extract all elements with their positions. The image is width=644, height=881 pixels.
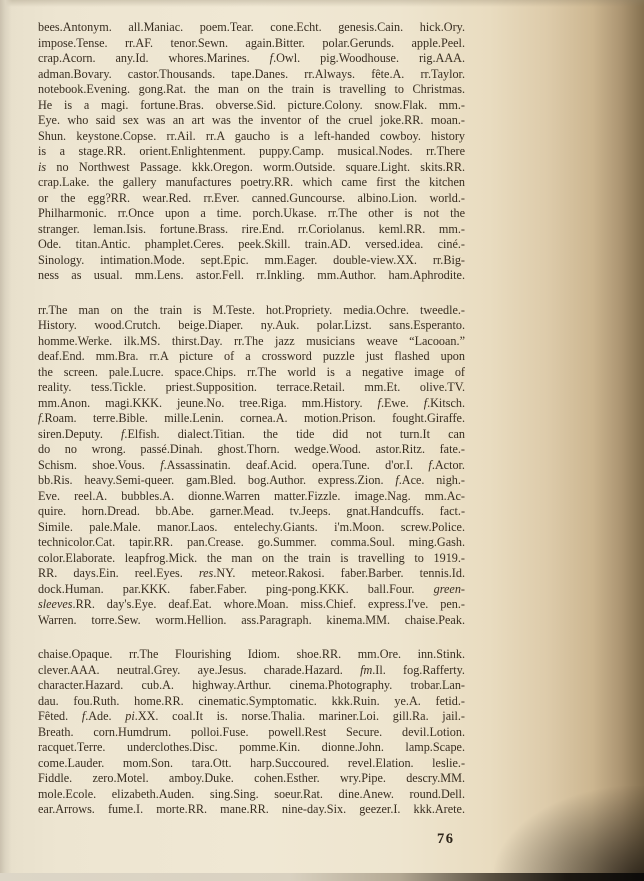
text-line: notebook.Evening. gong.Rat. the man on t… [38,82,465,98]
text-line: siren.Deputy. f.Elfish. dialect.Titian. … [38,427,465,443]
text-line: ness as usual. mm.Lens. astor.Fell. rr.I… [38,268,465,284]
text-line: Philharmonic. rr.Once upon a time. porch… [38,206,465,222]
text-line: bees.Antonym. all.Maniac. poem.Tear. con… [38,20,465,36]
text-line: crap.Lake. the gallery manufactures poet… [38,175,465,191]
text-line: RR. days.Ein. reel.Eyes. res.NY. meteor.… [38,566,465,582]
text-line: ear.Arrows. fume.I. morte.RR. mane.RR. n… [38,802,465,818]
page-bottom-shadow [0,873,644,881]
text-block: bees.Antonym. all.Maniac. poem.Tear. con… [38,20,465,818]
paragraph: rr.The man on the train is M.Teste. hot.… [38,303,465,629]
text-line: bb.Ris. heavy.Semi-queer. gam.Bled. bog.… [38,473,465,489]
text-line: Breath. corn.Humdrum. polloi.Fuse. powel… [38,725,465,741]
text-line: clever.AAA. neutral.Grey. aye.Jesus. cha… [38,663,465,679]
text-line: crap.Acorn. any.Id. whores.Marines. f.Ow… [38,51,465,67]
text-line: do no wrong. passé.Dinah. ghost.Thorn. w… [38,442,465,458]
text-line: Fiddle. zero.Motel. amboy.Duke. cohen.Es… [38,771,465,787]
text-line: is a stage.RR. orient.Enlightenment. pup… [38,144,465,160]
text-line: f.Roam. terre.Bible. mille.Lenin. cornea… [38,411,465,427]
text-line: technicolor.Cat. tapir.RR. pan.Crease. g… [38,535,465,551]
text-line: Fêted. f.Ade. pi.XX. coal.It is. norse.T… [38,709,465,725]
text-line: color.Elaborate. leapfrog.Mick. the man … [38,551,465,567]
page-gutter-edge [0,0,12,881]
text-line: come.Lauder. mom.Son. tara.Ott. harp.Suc… [38,756,465,772]
book-page-scan: bees.Antonym. all.Maniac. poem.Tear. con… [0,0,644,881]
paragraph: bees.Antonym. all.Maniac. poem.Tear. con… [38,20,465,284]
text-line: Eve. reel.A. bubbles.A. dionne.Warren ma… [38,489,465,505]
text-line: He is a magi. fortune.Bras. obverse.Sid.… [38,98,465,114]
text-line: the screen. pale.Lucre. space.Chips. rr.… [38,365,465,381]
text-line: Ode. titan.Antic. phamplet.Ceres. peek.S… [38,237,465,253]
text-line: rr.The man on the train is M.Teste. hot.… [38,303,465,319]
text-line: Shun. keystone.Copse. rr.Ail. rr.A gauch… [38,129,465,145]
text-line: mole.Ecole. elizabeth.Auden. sing.Sing. … [38,787,465,803]
text-line: or the egg?RR. wear.Red. rr.Ever. canned… [38,191,465,207]
text-line: History. wood.Crutch. beige.Diaper. ny.A… [38,318,465,334]
text-line: quire. horn.Dread. bb.Abe. garner.Mead. … [38,504,465,520]
text-line: adman.Bovary. castor.Thousands. tape.Dan… [38,67,465,83]
page-top-shadow [0,0,644,7]
page-number: 76 [437,831,455,848]
text-line: homme.Werke. ilk.MS. thirst.Day. rr.The … [38,334,465,350]
text-line: Eye. who said sex was an art was the inv… [38,113,465,129]
text-line: is no Northwest Passage. kkk.Oregon. wor… [38,160,465,176]
text-line: impose.Tense. rr.AF. tenor.Sewn. again.B… [38,36,465,52]
text-line: deaf.End. mm.Bra. rr.A picture of a cros… [38,349,465,365]
text-line: Schism. shoe.Vous. f.Assassinatin. deaf.… [38,458,465,474]
page-corner-shadow [494,786,644,881]
text-line: mm.Anon. magi.KKK. jeune.No. tree.Riga. … [38,396,465,412]
text-line: reality. tess.Tickle. priest.Supposition… [38,380,465,396]
text-line: sleeves.RR. day's.Eye. deaf.Eat. whore.M… [38,597,465,613]
text-line: Warren. torre.Sew. worm.Hellion. ass.Par… [38,613,465,629]
text-line: dau. fou.Ruth. home.RR. cinematic.Sympto… [38,694,465,710]
text-line: Simile. pale.Male. manor.Laos. entelechy… [38,520,465,536]
text-line: chaise.Opaque. rr.The Flourishing Idiom.… [38,647,465,663]
text-line: dock.Human. par.KKK. faber.Faber. ping-p… [38,582,465,598]
text-line: racquet.Terre. underclothes.Disc. pomme.… [38,740,465,756]
paragraph: chaise.Opaque. rr.The Flourishing Idiom.… [38,647,465,818]
text-line: stranger. leman.Isis. fortune.Brass. rir… [38,222,465,238]
text-line: Sinology. intimation.Mode. sept.Epic. mm… [38,253,465,269]
text-line: character.Hazard. cub.A. highway.Arthur.… [38,678,465,694]
